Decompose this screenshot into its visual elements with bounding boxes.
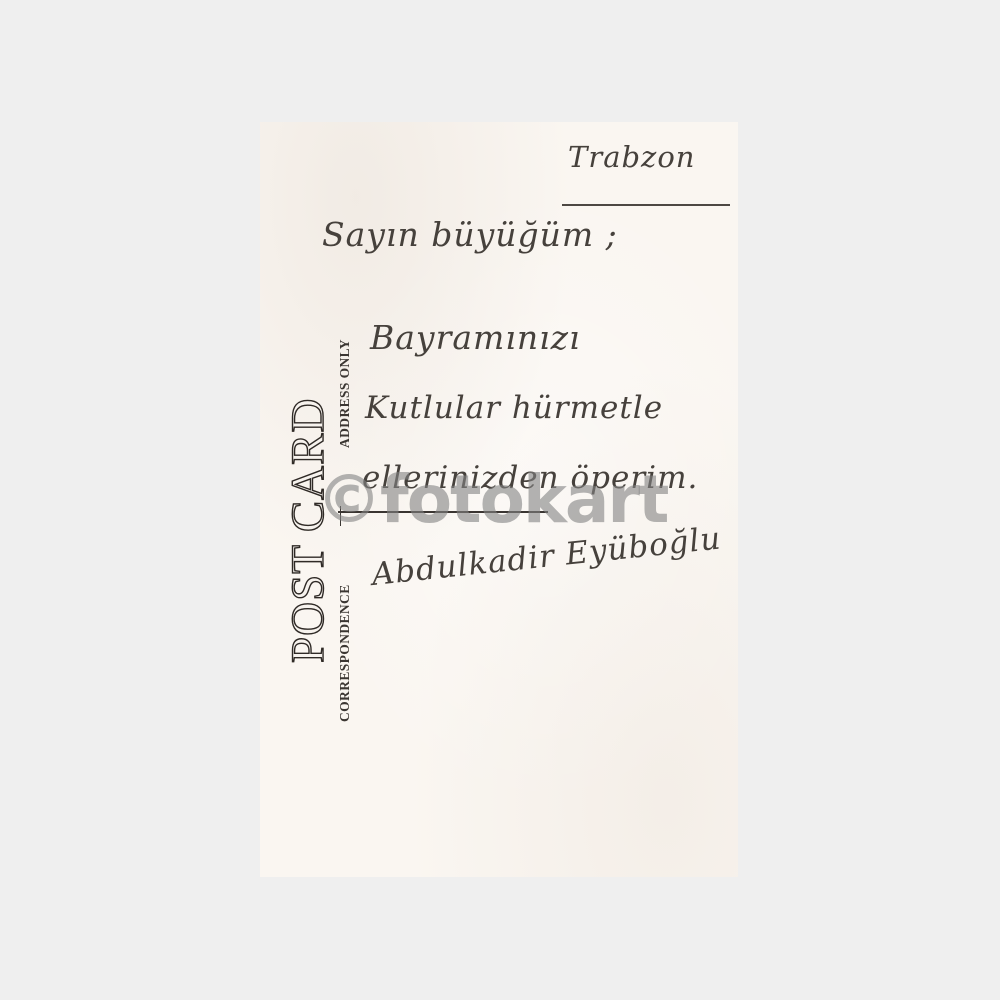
correspondence-label: CORRESPONDENCE bbox=[337, 584, 353, 722]
place-name: Trabzon bbox=[568, 140, 695, 174]
post-card-heading: POST CARD bbox=[285, 398, 332, 663]
address-line bbox=[338, 511, 548, 513]
place-underline bbox=[562, 204, 730, 206]
greeting-line: Sayın büyüğüm ; bbox=[322, 215, 618, 254]
message-line: Bayramınızı bbox=[370, 318, 581, 357]
label-divider bbox=[340, 506, 341, 526]
message-line: ellerinizden öperim. bbox=[362, 460, 698, 496]
message-line: Kutlular hürmetle bbox=[365, 390, 663, 426]
address-only-label: ADDRESS ONLY bbox=[337, 339, 353, 448]
